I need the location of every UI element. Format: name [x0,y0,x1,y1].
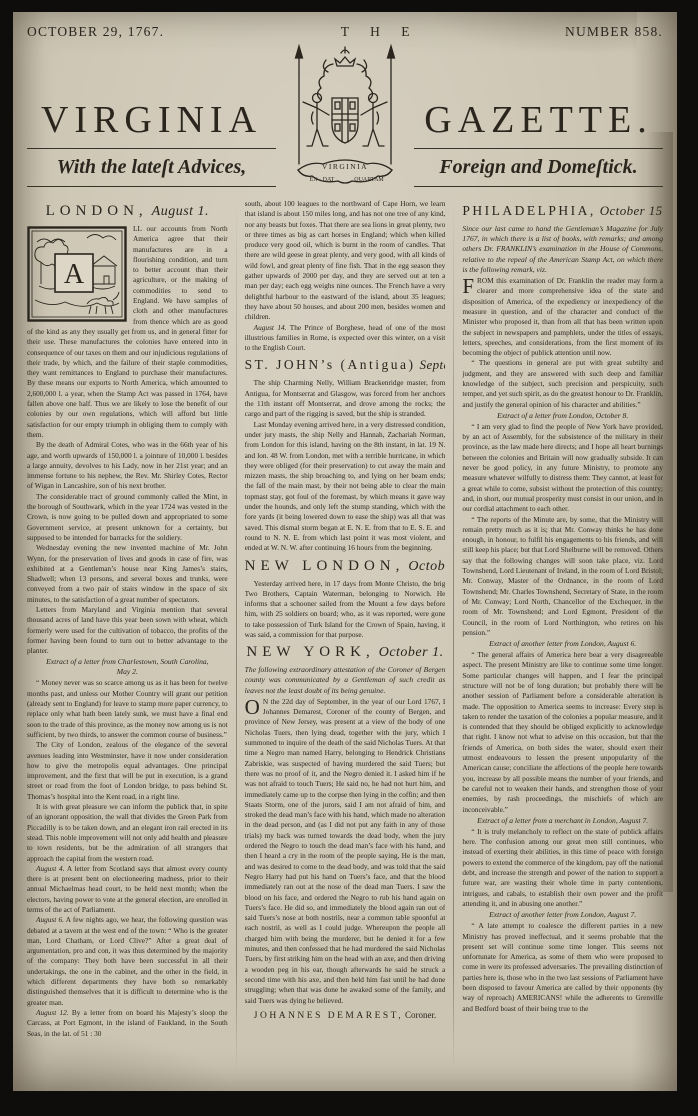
title-gazette: GAZETTE. [414,98,663,142]
article-paragraph: “ Money never was so scarce among us as … [27,678,228,740]
dateline-place: LONDON, [46,203,148,219]
date-lead: August 12. [36,1008,69,1017]
article-paragraph: “ It is truly melancholy to reflect on t… [462,827,663,909]
paragraph-text: A few nights ago, we hear, the following… [27,915,228,1006]
article-paragraph: Wednesday evening the new invented machi… [27,543,228,605]
column-rule [236,199,237,1071]
paper-sheet: OCTOBER 29, 1767. T H E NUMBER 858. VIRG… [13,12,677,1091]
dropcap-O: O [245,697,263,717]
dateline-place: NEW LONDON, [245,558,405,574]
extract-heading: Extract of another letter from London, A… [462,910,663,920]
dateline-london: LONDON, August 1. [27,202,228,220]
extract-heading: Extract of a letter from Charlestown, So… [27,657,228,677]
extract-heading: Extract of a letter from a merchant in L… [462,816,663,826]
dateline-place: ST. JOHN’s (Antigua) [245,357,416,372]
dateline-new-york: NEW YORK, October 1. [245,643,446,661]
article-paragraph: south, about 100 leagues to the northwar… [245,199,446,323]
article-paragraph: The ship Charming Nelly, William Bracken… [245,378,446,419]
masthead-the: T H E [341,24,419,40]
article-paragraph: “ The reports of the Minute are, by some… [462,515,663,639]
article-paragraph: The City of London, zealous of the elega… [27,740,228,802]
article-paragraph: A LL our accounts from North America agr… [27,224,228,440]
dateline-date: October 15. [600,203,663,218]
article-paragraph: The considerable tract of ground commonl… [27,492,228,543]
signature-name: JOHANNES DEMAREST, [254,1011,403,1021]
crest-scroll-left-text: EN · DAT [310,177,335,183]
dateline-philadelphia: PHILADELPHIA, October 15. [462,202,663,220]
article-paragraph: August 12. By a letter from on board his… [27,1008,228,1039]
rule-divider [27,148,276,149]
dropcap-F: F [462,276,477,296]
article-paragraph: Yesterday arrived here, in 17 days from … [245,579,446,641]
crest-scroll-top-text: VIRGINIA [322,162,368,171]
extract-heading-line2: May 2. [117,667,138,676]
masthead-left: VIRGINIA With the lateſt Advices, [27,98,276,192]
crest-scroll-right-text: QUARTAM [354,177,384,183]
masthead-right: GAZETTE. Foreign and Domeſtick. [414,98,663,192]
article-paragraph: “ The questions in general are put with … [462,358,663,409]
issue-number: NUMBER 858. [565,24,663,40]
article-columns: LONDON, August 1. A LL our accounts [27,199,663,1071]
dateline-st-johns: ST. JOHN’s (Antigua) September 23. [245,356,446,374]
article-paragraph: August 4. A letter from Scotland says th… [27,864,228,915]
dateline-date: September 23. [420,357,446,372]
article-paragraph: Letters from Maryland and Virginia menti… [27,605,228,656]
newspaper-page: OCTOBER 29, 1767. T H E NUMBER 858. VIRG… [0,0,698,1116]
dateline-date: October 2. [408,559,445,574]
column-rule [453,199,454,1071]
masthead-toprow: OCTOBER 29, 1767. T H E NUMBER 858. [27,24,663,40]
signature-role: Coroner. [405,1010,436,1020]
article-intro: Since our last came to hand the Gentlema… [462,224,663,275]
column-2: south, about 100 leagues to the northwar… [245,199,446,1071]
column-3: PHILADELPHIA, October 15. Since our last… [462,199,663,1071]
signature-line: JOHANNES DEMAREST, Coroner. [245,1010,446,1021]
dateline-place: PHILADELPHIA, [462,203,595,218]
tagline-left: With the lateſt Advices, [27,154,276,180]
article-paragraph: “ I am very glad to find the people of N… [462,422,663,515]
rule-divider [414,148,663,149]
column-1: LONDON, August 1. A LL our accounts [27,199,228,1071]
extract-heading: Extract of a letter from London, October… [462,411,663,421]
virginia-coat-of-arms-icon: VIRGINIA EN · DAT QUARTAM [286,42,404,192]
tagline-right: Foreign and Domeſtick. [414,154,663,180]
article-paragraph: It is with great pleasure we can inform … [27,802,228,864]
article-paragraph: ON the 22d day of September, in the year… [245,697,446,1006]
paragraph-text: ROM this examination of Dr. Franklin the… [462,276,663,357]
article-paragraph: FROM this examination of Dr. Franklin th… [462,276,663,358]
article-paragraph: “ The general affairs of America here be… [462,650,663,815]
date-lead: August 14. [254,323,287,332]
title-virginia: VIRGINIA [27,98,276,142]
dropcap-A: A [64,259,85,290]
dateline-date: August 1. [152,204,209,219]
paragraph-text: N the 22d day of September, in the year … [245,697,446,1005]
dateline-new-london: NEW LONDON, October 2. [245,557,446,575]
masthead: VIRGINIA With the lateſt Advices, [27,42,663,192]
woodcut-initial-A-icon: A [27,226,127,322]
article-paragraph: By the death of Admiral Cotes, who was i… [27,440,228,491]
date-lead: August 6. [36,915,64,924]
article-paragraph: Last Monday evening arrived here, in a v… [245,420,446,554]
article-paragraph: August 14. The Prince of Borghese, head … [245,323,446,354]
dateline-date: October 1. [379,645,444,660]
rule-divider [414,186,663,187]
article-paragraph: “ A late attempt to coalesce the differe… [462,921,663,1014]
article-paragraph: August 6. A few nights ago, we hear, the… [27,915,228,1008]
extract-heading-line1: Extract of a letter from Charlestown, So… [46,657,209,666]
article-intro: The following extraordinary attestation … [245,665,446,696]
date-lead: August 4. [36,864,65,873]
issue-date: OCTOBER 29, 1767. [27,24,164,40]
rule-divider [27,186,276,187]
dateline-place: NEW YORK, [246,644,374,660]
extract-heading: Extract of another letter from London, A… [462,639,663,649]
